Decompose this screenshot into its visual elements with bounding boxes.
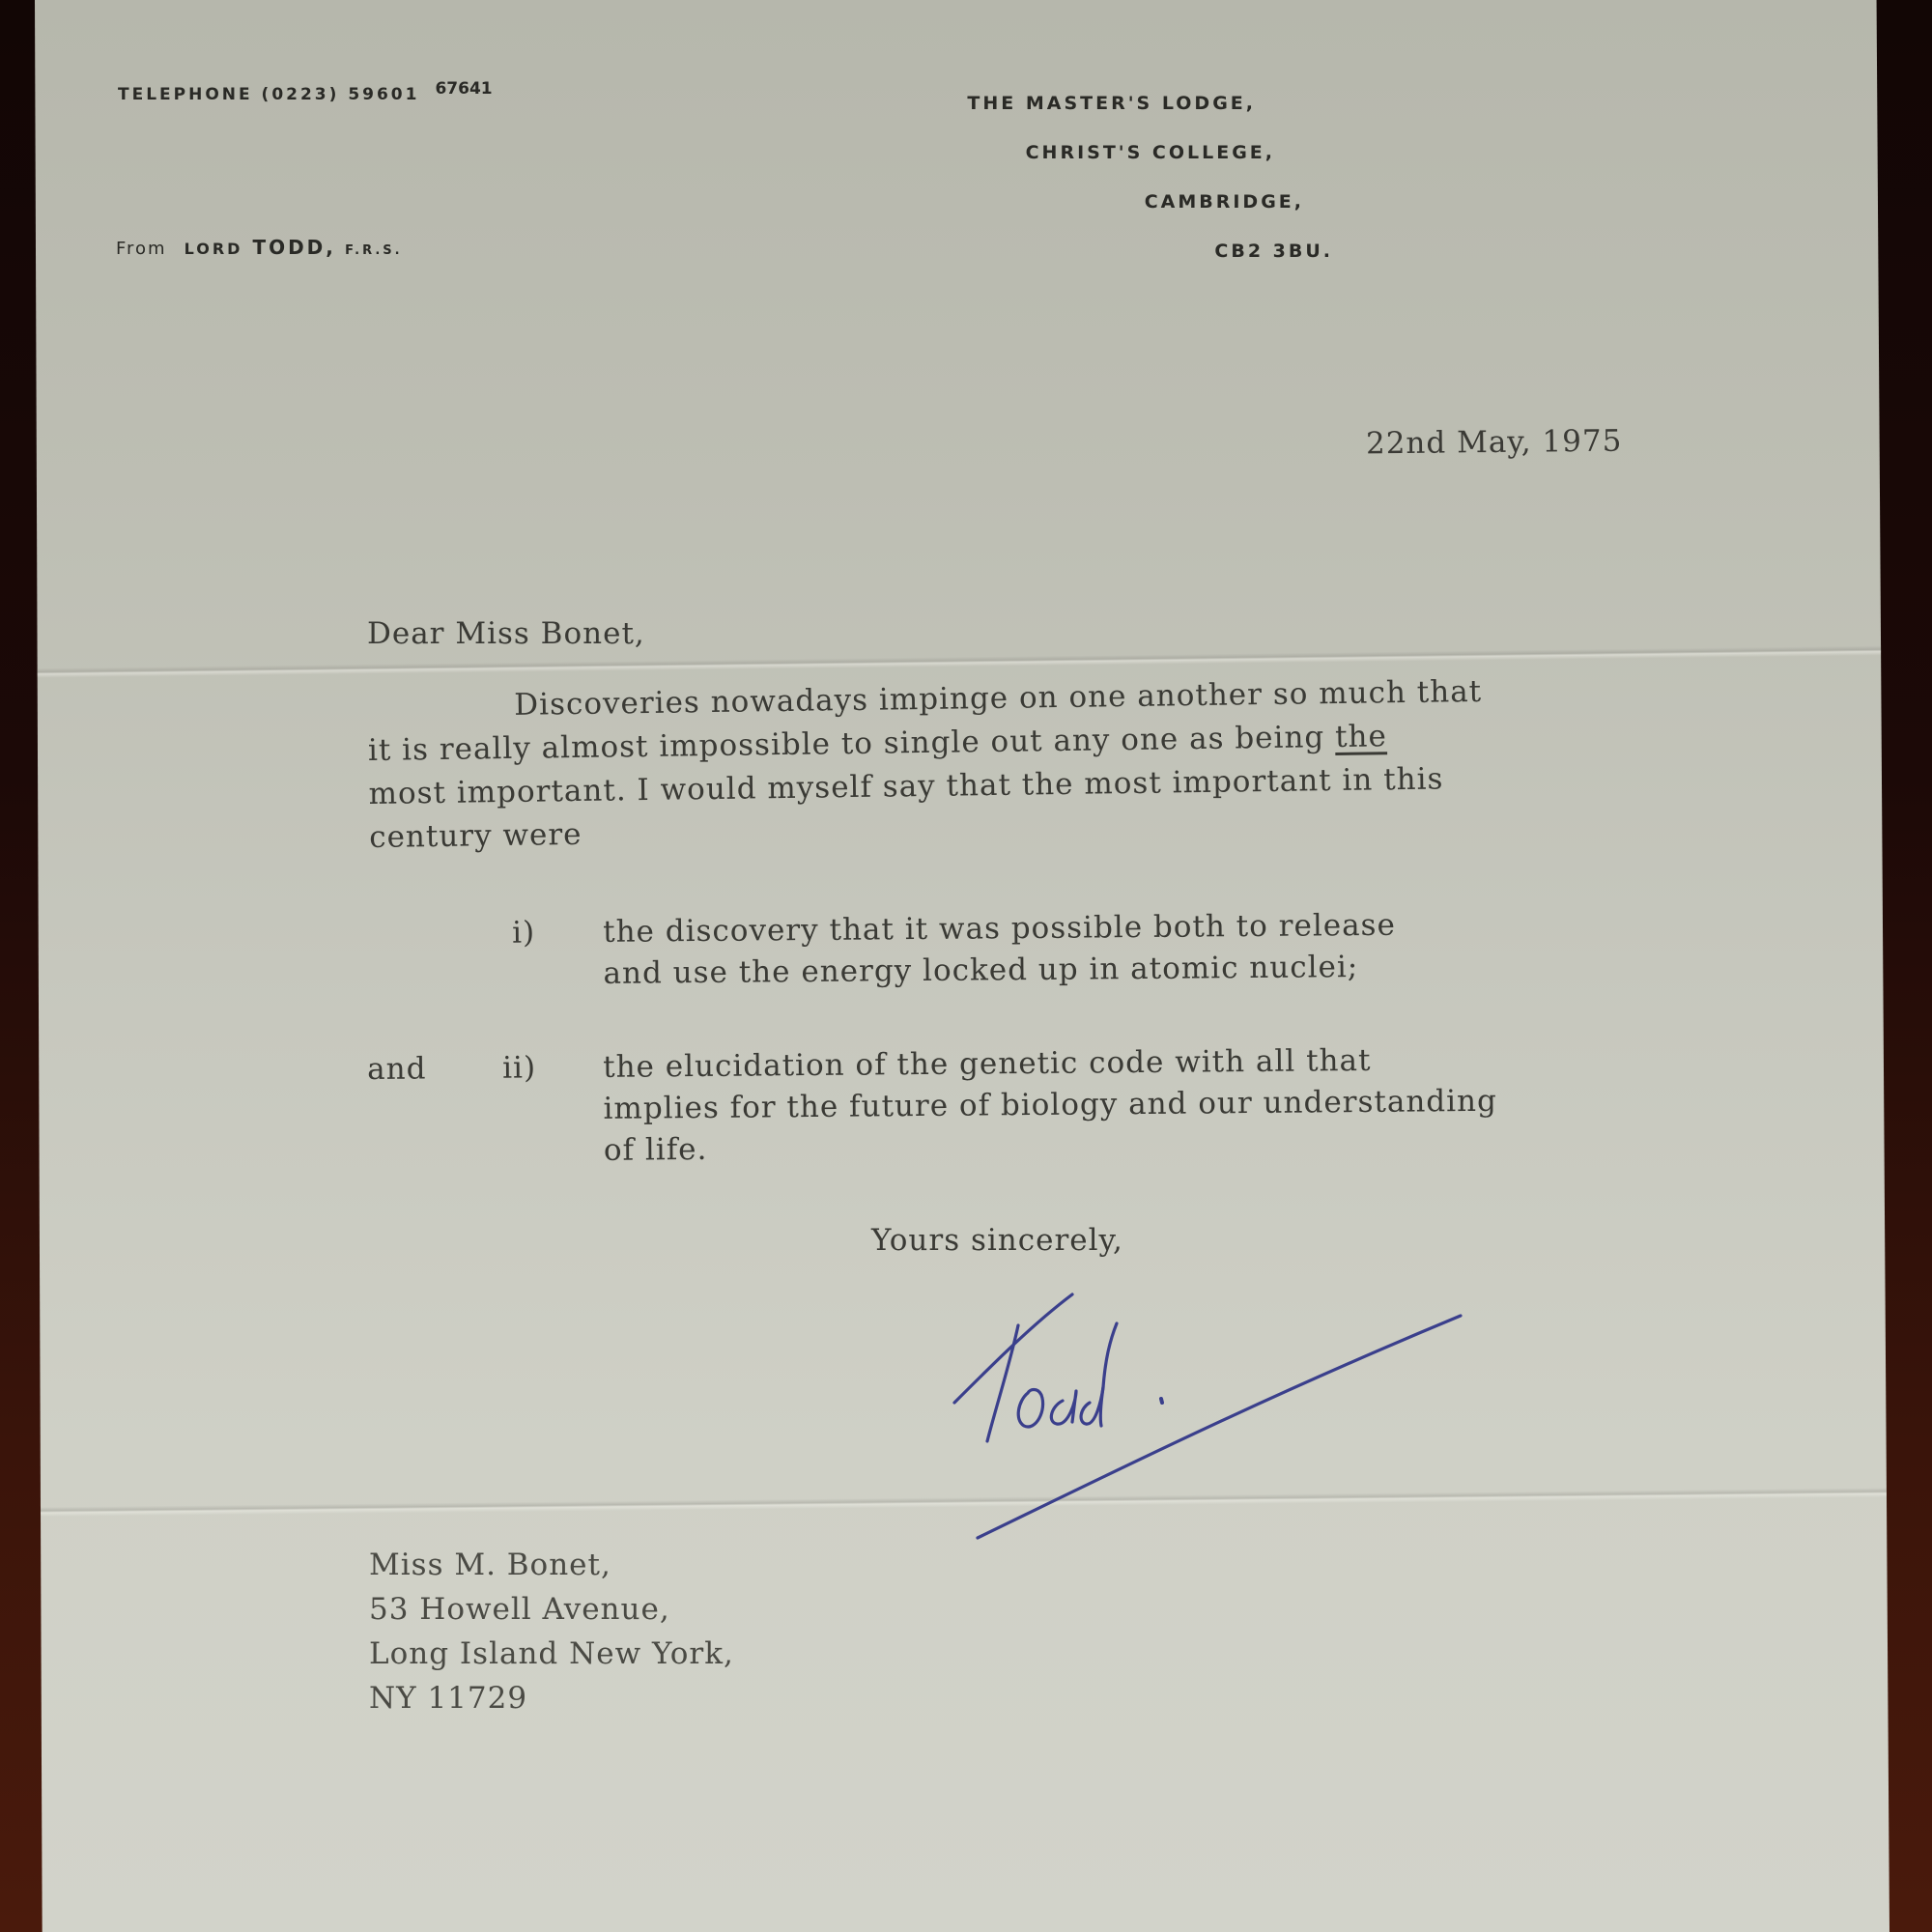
list-item-line: implies for the future of biology and ou… xyxy=(603,1081,1497,1130)
fold-crease-upper xyxy=(35,645,1889,677)
list-item-line: of life. xyxy=(604,1122,1498,1172)
telephone-extension: 67641 xyxy=(435,79,492,99)
list-marker: i) xyxy=(512,912,535,953)
sender-name: TODD, xyxy=(252,236,335,259)
list-item-body: the elucidation of the genetic code with… xyxy=(603,1039,1497,1172)
list-item-body: the discovery that it was possible both … xyxy=(603,905,1396,995)
sender-honour: F.R.S. xyxy=(345,243,402,258)
recipient-line: NY 11729 xyxy=(369,1676,734,1720)
telephone-number: TELEPHONE (0223) 59601 xyxy=(118,85,419,104)
letter-date: 22nd May, 1975 xyxy=(1366,424,1623,462)
letterhead-sender: FromLORDTODD, F.R.S. xyxy=(116,236,403,259)
address-line: CB2 3BU. xyxy=(967,227,1333,276)
address-line: THE MASTER'S LODGE, xyxy=(967,79,1256,128)
recipient-line: Long Island New York, xyxy=(369,1632,734,1676)
list-marker: ii) xyxy=(502,1047,536,1089)
letterhead-address: THE MASTER'S LODGE, CHRIST'S COLLEGE, CA… xyxy=(967,79,1362,276)
letterhead-telephone: TELEPHONE (0223) 5960167641 xyxy=(118,85,493,104)
emphasis-word: the xyxy=(1335,719,1387,754)
list-lead-word: and xyxy=(367,1048,427,1091)
address-line: CHRIST'S COLLEGE, xyxy=(967,128,1275,178)
body-paragraph: Discoveries nowadays impinge on one anot… xyxy=(367,670,1484,860)
list-item-line: and use the energy locked up in atomic n… xyxy=(603,947,1396,995)
salutation: Dear Miss Bonet, xyxy=(367,616,645,651)
recipient-line: 53 Howell Avenue, xyxy=(369,1587,734,1632)
recipient-address: Miss M. Bonet, 53 Howell Avenue, Long Is… xyxy=(369,1543,734,1720)
closing: Yours sincerely, xyxy=(871,1223,1123,1258)
from-label: From xyxy=(116,239,167,259)
address-line: CAMBRIDGE, xyxy=(967,178,1304,227)
recipient-line: Miss M. Bonet, xyxy=(369,1543,734,1587)
list-item-line: the discovery that it was possible both … xyxy=(603,905,1396,953)
sender-title: LORD xyxy=(185,240,243,258)
handwritten-signature xyxy=(927,1256,1468,1555)
